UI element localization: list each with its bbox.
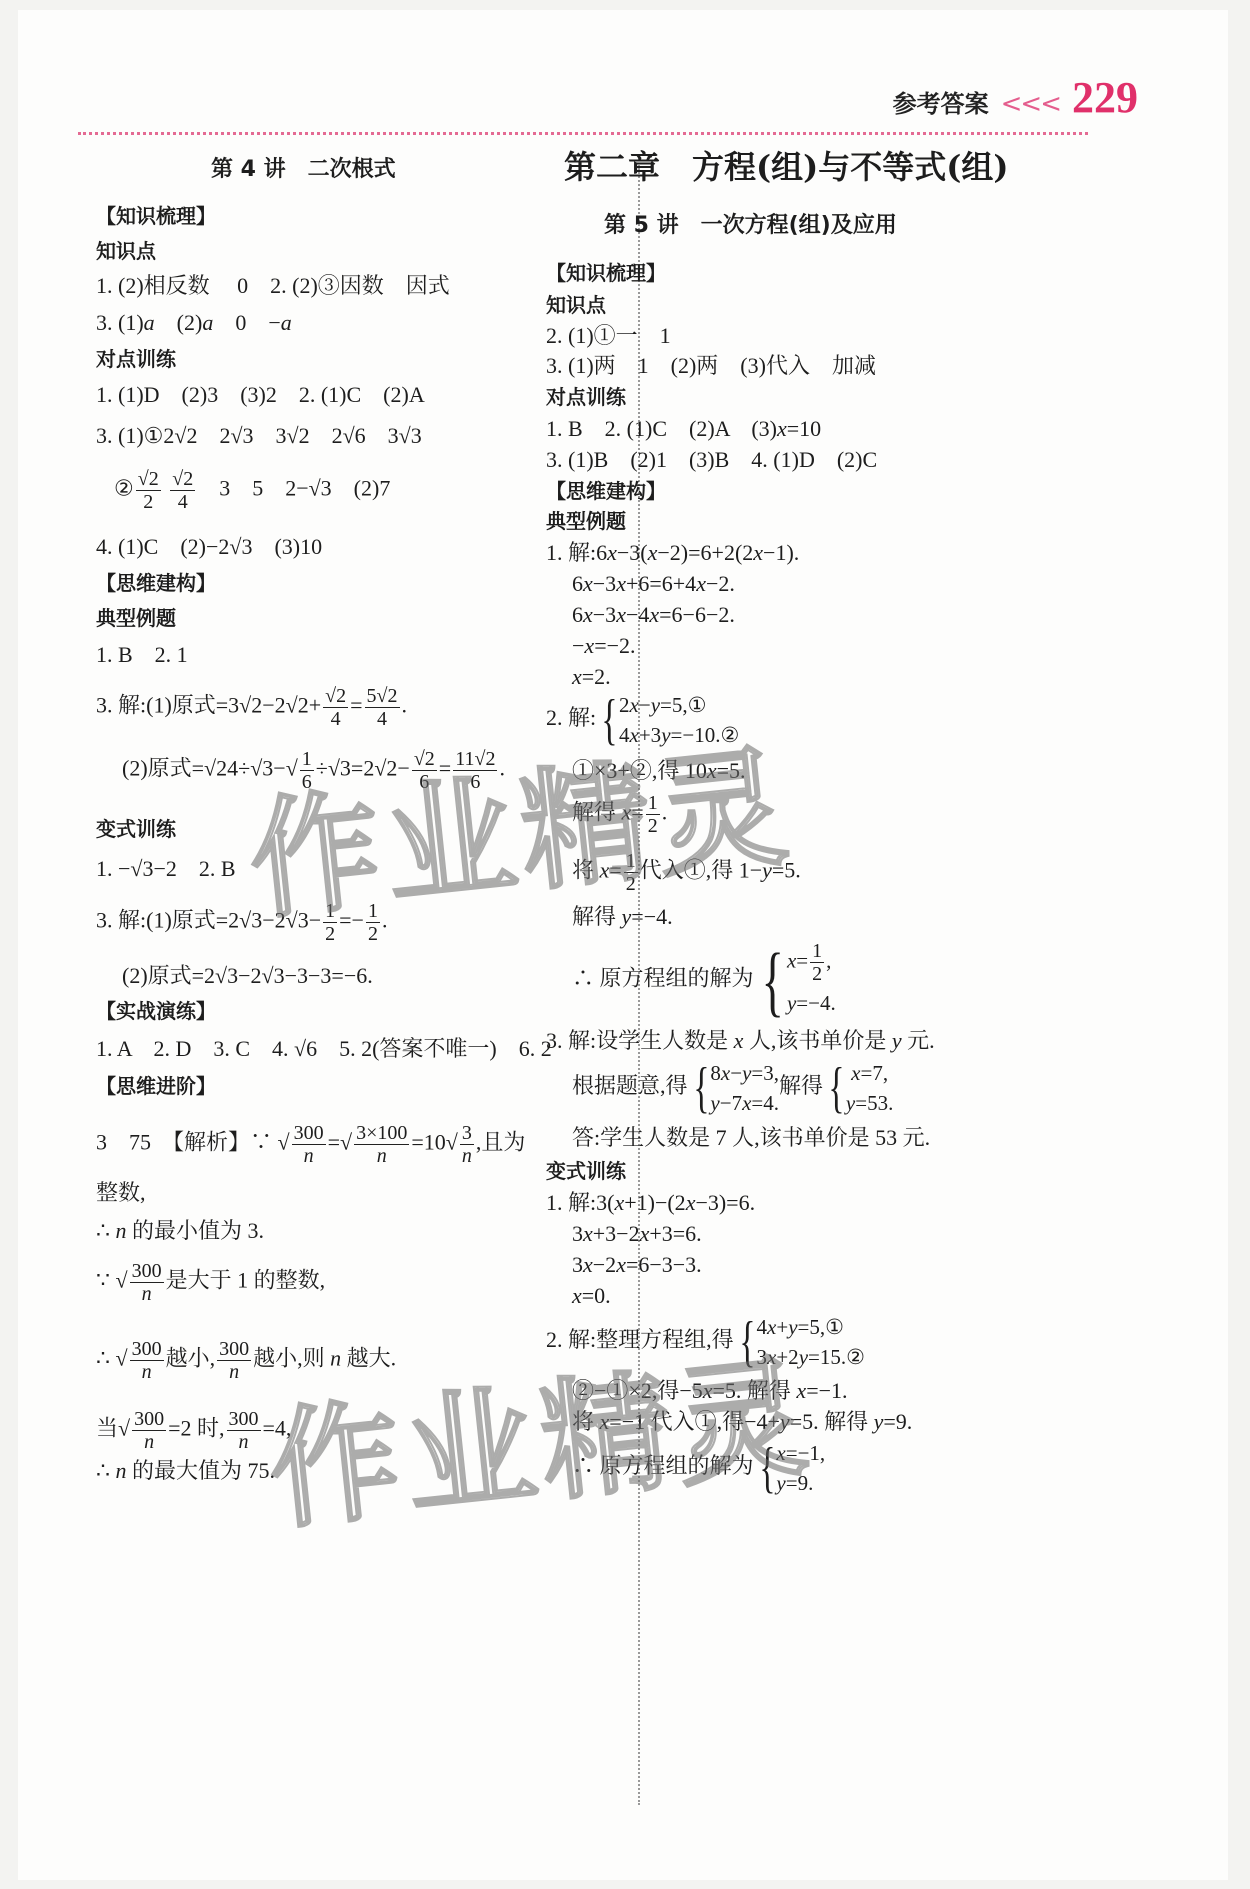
answer-line: 3 75 【解析】∵ √300n=√3×100n=10√3n,且为 — [96, 1122, 525, 1167]
section-heading: 【思维建构】 — [546, 480, 666, 502]
answer-line: 3. (1)①2√2 2√3 3√2 2√6 3√3 — [96, 425, 422, 447]
watermark: 作业精灵 — [240, 702, 801, 945]
subsection-heading: 变式训练 — [96, 818, 176, 840]
answer-line: 2. (1)①一 1 — [546, 325, 671, 347]
answer-line: 3x+3−2x+3=6. — [572, 1223, 702, 1245]
subsection-heading: 对点训练 — [96, 348, 176, 370]
answer-line: 1. 解:6x−3(x−2)=6+2(2x−1). — [546, 542, 799, 564]
answer-line: 3x−2x=6−3−3. — [572, 1254, 702, 1276]
answer-line: 1. A 2. D 3. C 4. √6 5. 2(答案不唯一) 6. 2 — [96, 1038, 552, 1060]
header-divider — [78, 132, 1088, 135]
answer-line: ②√22 √24 3 5 2−√3 (2)7 — [114, 468, 390, 513]
subsection-heading: 典型例题 — [546, 510, 626, 532]
answer-line: 3. (1)a (2)a 0 −a — [96, 312, 292, 334]
answer-line: ∴ n 的最小值为 3. — [96, 1220, 264, 1242]
section-heading: 【实战演练】 — [96, 1000, 216, 1022]
chapter-title: 第二章 方程(组)与不等式(组) — [564, 142, 1009, 188]
answer-line: x=2. — [572, 666, 611, 688]
section-heading: 【思维建构】 — [96, 572, 216, 594]
answer-page: 参考答案 <<< 229 第 4 讲 二次根式 【知识梳理】 知识点 1. (2… — [18, 10, 1228, 1880]
answer-line: 1. −√3−2 2. B — [96, 858, 236, 880]
arrows-icon: <<< — [1001, 89, 1060, 119]
equation-system: 根据题意,得{8x−y=3,y−7x=4.解得{ x=7,y=53. — [572, 1058, 893, 1118]
answer-line: 4. (1)C (2)−2√3 (3)10 — [96, 536, 322, 558]
section-heading: 【知识梳理】 — [96, 205, 216, 227]
answer-line: x=0. — [572, 1285, 611, 1307]
section-heading: 【知识梳理】 — [546, 262, 666, 284]
answer-line: 1. B 2. 1 — [96, 644, 188, 666]
answer-line: 6x−3x−4x=6−6−2. — [572, 604, 735, 626]
section-label: 参考答案 — [893, 84, 989, 119]
answer-line: 整数, — [96, 1182, 146, 1204]
section-heading: 【思维进阶】 — [96, 1075, 216, 1097]
subsection-heading: 知识点 — [546, 294, 606, 316]
answer-line: 3. (1)B (2)1 (3)B 4. (1)D (2)C — [546, 449, 877, 471]
page-number: 229 — [1072, 72, 1138, 123]
subsection-heading: 对点训练 — [546, 386, 626, 408]
answer-line: (2)原式=2√3−2√3−3−3=−6. — [122, 965, 373, 987]
answer-line: 6x−3x+6=6+4x−2. — [572, 573, 735, 595]
answer-line: 1. 解:3(x+1)−(2x−3)=6. — [546, 1192, 755, 1214]
answer-line: ∵ √300n是大于 1 的整数, — [96, 1260, 325, 1305]
answer-line: 3. 解:(1)原式=3√2−2√2+√24=5√24. — [96, 685, 407, 730]
answer-line: ∴ n 的最大值为 75. — [96, 1460, 275, 1482]
subsection-heading: 知识点 — [96, 240, 156, 262]
answer-line: 当√300n=2 时,300n=4, — [96, 1408, 291, 1453]
equation-system: ∴ 原方程组的解为{x=12,y=−4. — [572, 940, 836, 1021]
lecture-title: 第 4 讲 二次根式 — [211, 152, 396, 183]
page-header: 参考答案 <<< 229 — [893, 72, 1138, 123]
answer-line: 1. B 2. (1)C (2)A (3)x=10 — [546, 418, 821, 440]
answer-line: 1. (2)相反数 0 2. (2)③因数 因式 — [96, 275, 450, 297]
answer-line: 1. (1)D (2)3 (3)2 2. (1)C (2)A — [96, 384, 425, 406]
subsection-heading: 典型例题 — [96, 607, 176, 629]
lecture-title: 第 5 讲 一次方程(组)及应用 — [604, 208, 897, 239]
answer-line: 3. (1)两 1 (2)两 (3)代入 加减 — [546, 355, 876, 377]
answer-line: 3. 解:设学生人数是 x 人,该书单价是 y 元. — [546, 1030, 935, 1052]
answer-line: 答:学生人数是 7 人,该书单价是 53 元. — [572, 1127, 930, 1149]
subsection-heading: 变式训练 — [546, 1160, 626, 1182]
answer-line: −x=−2. — [572, 635, 636, 657]
